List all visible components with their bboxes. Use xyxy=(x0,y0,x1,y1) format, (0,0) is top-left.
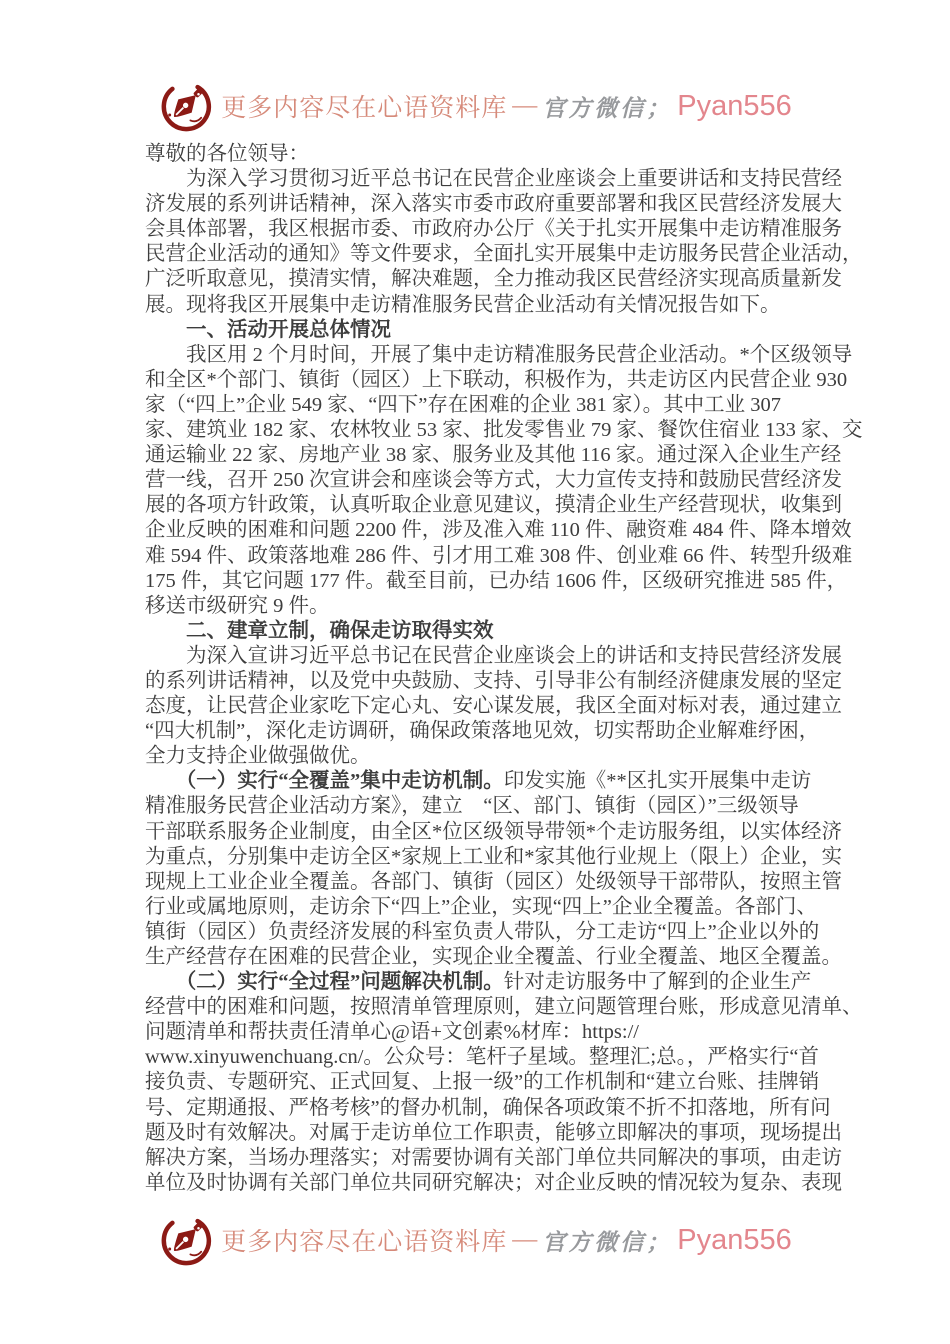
text-segment: www.xinyuwenchuang.cn/。公众号：笔杆子星域。整理汇;总。，… xyxy=(145,1046,819,1068)
document-body: 尊敬的各位领导： 为深入学习贯彻习近平总书记在民营企业座谈会上重要讲话和支持民营… xyxy=(145,142,821,1196)
banner-wechat-label: 官方微信； xyxy=(542,90,672,123)
text-segment: 行业或属地原则，走访余下“四上”企业，实现“四上”企业全覆盖。各部门、 xyxy=(145,896,817,918)
text-line: 展。现将我区开展集中走访精准服务民营企业活动有关情况报告如下。 xyxy=(145,293,821,318)
bold-text-segment: （二）实行“全过程”问题解决机制。 xyxy=(145,971,504,993)
text-line: 行业或属地原则，走访余下“四上”企业，实现“四上”企业全覆盖。各部门、 xyxy=(145,895,821,920)
text-line: 解决方案，当场办理落实；对需要协调有关部门单位共同解决的事项，由走访 xyxy=(145,1146,821,1171)
document-page: 更多内容尽在心语资料库—官方微信；Pyan556 尊敬的各位领导： 为深入学习贯… xyxy=(0,0,950,1344)
text-line: 我区用 2 个月时间，开展了集中走访精准服务民营企业活动。*个区级领导 xyxy=(145,343,821,368)
text-segment: 现规上工业企业全覆盖。各部门、镇街（园区）处级领导干部带队，按照主管 xyxy=(145,871,842,893)
text-line: 会具体部署，我区根据市委、市政府办公厅《关于扎实开展集中走访精准服务 xyxy=(145,217,821,242)
text-line: 一、活动开展总体情况 xyxy=(145,318,821,343)
banner-dash: — xyxy=(512,1226,537,1254)
text-line: 为重点，分别集中走访全区*家规上工业和*家其他行业规上（限上）企业，实 xyxy=(145,845,821,870)
text-line: 生产经营存在困难的民营企业，实现企业全覆盖、行业全覆盖、地区全覆盖。 xyxy=(145,945,821,970)
text-line: 为深入宣讲习近平总书记在民营企业座谈会上的讲话和支持民营经济发展 xyxy=(145,644,821,669)
text-segment: 我区用 2 个月时间，开展了集中走访精准服务民营企业活动。*个区级领导 xyxy=(145,344,852,366)
text-line: （二）实行“全过程”问题解决机制。针对走访服务中了解到的企业生产 xyxy=(145,970,821,995)
pen-nib-circle-icon xyxy=(158,79,212,133)
text-segment: 印发实施《**区扎实开展集中走访 xyxy=(504,770,812,792)
text-segment: 广泛听取意见，摸清实情，解决难题，全力推动我区民营经济实现高质量新发 xyxy=(145,268,842,290)
text-line: 通运输业 22 家、房地产业 38 家、服务业及其他 116 家。通过深入企业生… xyxy=(145,443,821,468)
text-segment: 单位及时协调有关部门单位共同研究解决；对企业反映的情况较为复杂、表现 xyxy=(145,1172,842,1194)
text-segment: 号、定期通报、严格考核”的督办机制，确保各项政策不折不扣落地，所有问 xyxy=(145,1097,831,1119)
banner-wechat-id: Pyan556 xyxy=(677,1224,792,1257)
text-segment: 济发展的系列讲话精神，深入落实市委市政府重要部署和我区民营经济发展大 xyxy=(145,193,842,215)
text-line: 展的各项方针政策，认真听取企业意见建议，摸清企业生产经营现状，收集到 xyxy=(145,493,821,518)
text-segment: 营一线，召开 250 次宣讲会和座谈会等方式，大力宣传支持和鼓励民营经济发 xyxy=(145,469,842,491)
bold-text-segment: 二、建章立制，确保走访取得实效 xyxy=(145,620,494,642)
text-segment: 会具体部署，我区根据市委、市政府办公厅《关于扎实开展集中走访精准服务 xyxy=(145,218,842,240)
text-segment: 题及时有效解决。对属于走访单位工作职责，能够立即解决的事项，现场提出 xyxy=(145,1122,842,1144)
text-segment: 家、建筑业 182 家、农林牧业 53 家、批发零售业 79 家、餐饮住宿业 1… xyxy=(145,419,863,441)
text-segment: 精准服务民营企业活动方案》，建立 “区、部门、镇街（园区）”三级领导 xyxy=(145,795,799,817)
text-line: 题及时有效解决。对属于走访单位工作职责，能够立即解决的事项，现场提出 xyxy=(145,1121,821,1146)
text-segment: 经营中的困难和问题，按照清单管理原则，建立问题管理台账，形成意见清单、 xyxy=(145,996,863,1018)
text-segment: 175 件，其它问题 177 件。截至目前，已办结 1606 件，区级研究推进 … xyxy=(145,570,847,592)
text-segment: 和全区*个部门、镇街（园区）上下联动，积极作为，共走访区内民营企业 930 xyxy=(145,369,847,391)
text-line: 济发展的系列讲话精神，深入落实市委市政府重要部署和我区民营经济发展大 xyxy=(145,192,821,217)
text-line: 营一线，召开 250 次宣讲会和座谈会等方式，大力宣传支持和鼓励民营经济发 xyxy=(145,468,821,493)
pen-nib-circle-icon xyxy=(158,1213,212,1267)
header-watermark-banner: 更多内容尽在心语资料库—官方微信；Pyan556 xyxy=(0,78,950,134)
banner-dash: — xyxy=(512,92,537,120)
text-line: （一）实行“全覆盖”集中走访机制。印发实施《**区扎实开展集中走访 xyxy=(145,769,821,794)
text-segment: 态度，让民营企业家吃下定心丸、安心谋发展，我区全面对标对表，通过建立 xyxy=(145,695,842,717)
text-line: 问题清单和帮扶责任清单心@语+文创素%材库：https:// xyxy=(145,1020,821,1045)
text-segment: 移送市级研究 9 件。 xyxy=(145,595,330,617)
text-segment: 家（“四上”企业 549 家、“四下”存在困难的企业 381 家）。其中工业 3… xyxy=(145,394,781,416)
text-line: 二、建章立制，确保走访取得实效 xyxy=(145,619,821,644)
text-segment: 镇街（园区）负责经济发展的科室负责人带队，分工走访“四上”企业以外的 xyxy=(145,921,819,943)
text-segment: 难 594 件、政策落地难 286 件、引才用工难 308 件、创业难 66 件… xyxy=(145,545,852,567)
footer-watermark-banner: 更多内容尽在心语资料库—官方微信；Pyan556 xyxy=(0,1210,950,1270)
banner-brand-text: 更多内容尽在心语资料库 xyxy=(221,1222,507,1258)
text-segment: 生产经营存在困难的民营企业，实现企业全覆盖、行业全覆盖、地区全覆盖。 xyxy=(145,946,842,968)
text-segment: 展。现将我区开展集中走访精准服务民营企业活动有关情况报告如下。 xyxy=(145,294,781,316)
text-segment: 为重点，分别集中走访全区*家规上工业和*家其他行业规上（限上）企业，实 xyxy=(145,846,842,868)
text-segment: 民营企业活动的通知》等文件要求，全面扎实开展集中走访服务民营企业活动， xyxy=(145,243,863,265)
text-line: 和全区*个部门、镇街（园区）上下联动，积极作为，共走访区内民营企业 930 xyxy=(145,368,821,393)
bold-text-segment: （一）实行“全覆盖”集中走访机制。 xyxy=(145,770,504,792)
text-segment: 为深入学习贯彻习近平总书记在民营企业座谈会上重要讲话和支持民营经 xyxy=(145,168,842,190)
text-segment: 展的各项方针政策，认真听取企业意见建议，摸清企业生产经营现状，收集到 xyxy=(145,494,842,516)
text-segment: 企业反映的困难和问题 2200 件，涉及准入难 110 件、融资难 484 件、… xyxy=(145,519,852,541)
text-line: 难 594 件、政策落地难 286 件、引才用工难 308 件、创业难 66 件… xyxy=(145,544,821,569)
text-segment: “四大机制”，深化走访调研，确保政策落地见效，切实帮助企业解难纾困， xyxy=(145,720,819,742)
text-line: 现规上工业企业全覆盖。各部门、镇街（园区）处级领导干部带队，按照主管 xyxy=(145,870,821,895)
text-line: 单位及时协调有关部门单位共同研究解决；对企业反映的情况较为复杂、表现 xyxy=(145,1171,821,1196)
text-line: 家、建筑业 182 家、农林牧业 53 家、批发零售业 79 家、餐饮住宿业 1… xyxy=(145,418,821,443)
text-line: 镇街（园区）负责经济发展的科室负责人带队，分工走访“四上”企业以外的 xyxy=(145,920,821,945)
text-line: 的系列讲话精神，以及党中央鼓励、支持、引导非公有制经济健康发展的坚定 xyxy=(145,669,821,694)
text-line: 175 件，其它问题 177 件。截至目前，已办结 1606 件，区级研究推进 … xyxy=(145,569,821,594)
text-line: 尊敬的各位领导： xyxy=(145,142,821,167)
text-segment: 通运输业 22 家、房地产业 38 家、服务业及其他 116 家。通过深入企业生… xyxy=(145,444,841,466)
text-segment: 全力支持企业做强做优。 xyxy=(145,745,371,767)
text-line: 干部联系服务企业制度，由全区*位区级领导带领*个走访服务组，以实体经济 xyxy=(145,820,821,845)
text-line: 经营中的困难和问题，按照清单管理原则，建立问题管理台账，形成意见清单、 xyxy=(145,995,821,1020)
text-segment: 解决方案，当场办理落实；对需要协调有关部门单位共同解决的事项，由走访 xyxy=(145,1147,842,1169)
text-line: 民营企业活动的通知》等文件要求，全面扎实开展集中走访服务民营企业活动， xyxy=(145,242,821,267)
text-segment: 问题清单和帮扶责任清单心@语+文创素%材库：https:// xyxy=(145,1021,639,1043)
banner-brand-text: 更多内容尽在心语资料库 xyxy=(221,88,507,124)
text-segment: 的系列讲话精神，以及党中央鼓励、支持、引导非公有制经济健康发展的坚定 xyxy=(145,670,842,692)
text-segment: 干部联系服务企业制度，由全区*位区级领导带领*个走访服务组，以实体经济 xyxy=(145,821,842,843)
text-line: 企业反映的困难和问题 2200 件，涉及准入难 110 件、融资难 484 件、… xyxy=(145,518,821,543)
text-line: 家（“四上”企业 549 家、“四下”存在困难的企业 381 家）。其中工业 3… xyxy=(145,393,821,418)
text-line: 精准服务民营企业活动方案》，建立 “区、部门、镇街（园区）”三级领导 xyxy=(145,794,821,819)
text-line: “四大机制”，深化走访调研，确保政策落地见效，切实帮助企业解难纾困， xyxy=(145,719,821,744)
text-segment: 接负责、专题研究、正式回复、上报一级”的工作机制和“建立台账、挂牌销 xyxy=(145,1071,819,1093)
text-line: www.xinyuwenchuang.cn/。公众号：笔杆子星域。整理汇;总。，… xyxy=(145,1045,821,1070)
banner-wechat-id: Pyan556 xyxy=(677,90,792,123)
text-line: 态度，让民营企业家吃下定心丸、安心谋发展，我区全面对标对表，通过建立 xyxy=(145,694,821,719)
text-line: 为深入学习贯彻习近平总书记在民营企业座谈会上重要讲话和支持民营经 xyxy=(145,167,821,192)
text-segment: 为深入宣讲习近平总书记在民营企业座谈会上的讲话和支持民营经济发展 xyxy=(145,645,842,667)
text-segment: 尊敬的各位领导： xyxy=(145,143,309,165)
text-segment: 针对走访服务中了解到的企业生产 xyxy=(504,971,812,993)
text-line: 广泛听取意见，摸清实情，解决难题，全力推动我区民营经济实现高质量新发 xyxy=(145,267,821,292)
text-line: 接负责、专题研究、正式回复、上报一级”的工作机制和“建立台账、挂牌销 xyxy=(145,1070,821,1095)
banner-wechat-label: 官方微信； xyxy=(542,1224,672,1257)
bold-text-segment: 一、活动开展总体情况 xyxy=(145,319,391,341)
text-line: 移送市级研究 9 件。 xyxy=(145,594,821,619)
text-line: 号、定期通报、严格考核”的督办机制，确保各项政策不折不扣落地，所有问 xyxy=(145,1096,821,1121)
text-line: 全力支持企业做强做优。 xyxy=(145,744,821,769)
